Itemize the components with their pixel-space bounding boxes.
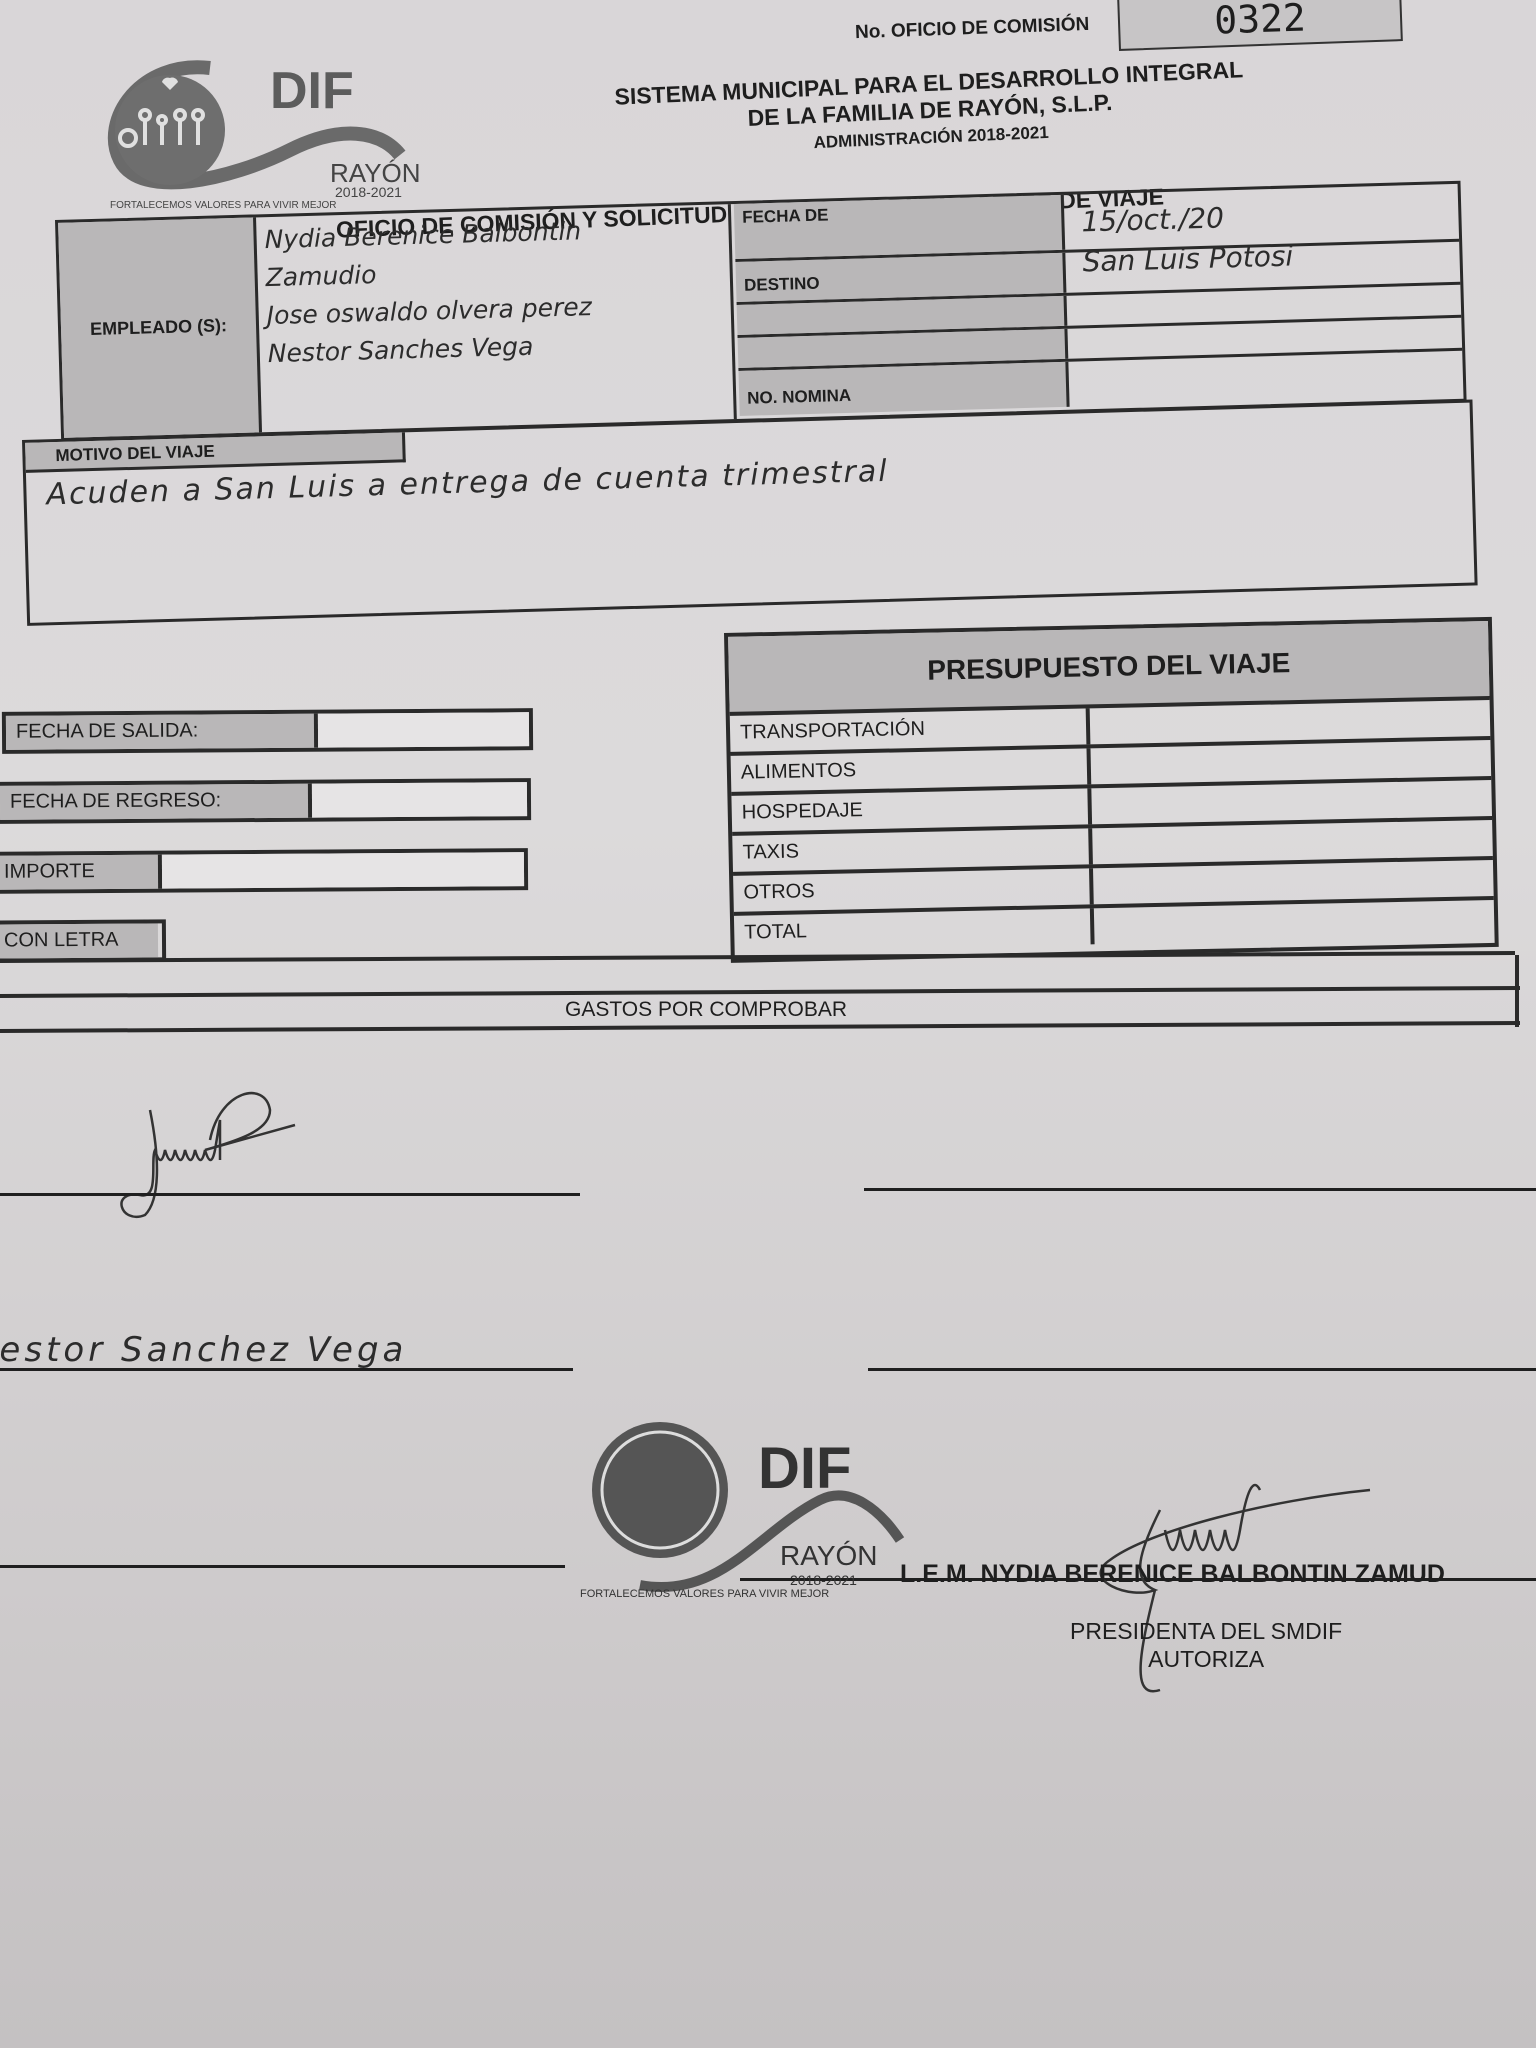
fecha-regreso-label: FECHA DE REGRESO: <box>0 784 312 820</box>
signature-line-4[interactable] <box>868 1368 1536 1371</box>
employee-label: EMPLEADO (S): <box>58 217 262 437</box>
budget-table: PRESUPUESTO DEL VIAJE TRANSPORTACIÓN ALI… <box>724 617 1499 963</box>
gastos-por-comprobar-label: GASTOS POR COMPROBAR <box>565 998 847 1022</box>
divider <box>1515 955 1519 1027</box>
nomina-label: NO. NOMINA <box>738 362 1069 416</box>
budget-label: ALIMENTOS <box>731 748 1092 792</box>
signature-line-2[interactable] <box>864 1188 1536 1191</box>
organization-title: SISTEMA MUNICIPAL PARA EL DESARROLLO INT… <box>559 54 1302 167</box>
employee-section: EMPLEADO (S): Nydia Berenice Balbontin Z… <box>55 181 1467 441</box>
divider <box>0 1021 1520 1033</box>
importe-row: IMPORTE <box>0 848 528 894</box>
budget-label: OTROS <box>733 868 1094 912</box>
stamp-city: RAYÓN <box>780 1540 878 1572</box>
oficio-number-label: No. OFICIO DE COMISIÓN <box>855 14 1090 44</box>
destino-field[interactable]: San Luis Potosi <box>1068 242 1460 293</box>
president-info: PRESIDENTA DEL SMDIF AUTORIZA <box>1070 1617 1342 1673</box>
nomina-field[interactable] <box>1071 351 1463 407</box>
logo-slogan: FORTALECEMOS VALORES PARA VIVIR MEJOR <box>110 200 337 211</box>
employee-names-field[interactable]: Nydia Berenice Balbontin Zamudio Jose os… <box>256 204 737 432</box>
dif-logo: DIF RAYÓN 2018-2021 FORTALECEMOS VALORES… <box>100 60 480 210</box>
family-heart-icon: DIF <box>100 60 480 210</box>
divider <box>0 986 1520 998</box>
stamp-years: 2018-2021 <box>790 1572 857 1588</box>
logo-years: 2018-2021 <box>335 184 402 200</box>
con-letra-label: CON LETRA <box>0 923 158 958</box>
motivo-label: MOTIVO DEL VIAJE <box>25 432 406 473</box>
signature-2-name: Nestor Sanchez Vega <box>0 1330 407 1370</box>
signature-line-3[interactable] <box>0 1368 573 1371</box>
budget-label: TOTAL <box>734 908 1095 952</box>
svg-text:DIF: DIF <box>758 1436 851 1501</box>
signature-1-icon <box>90 1060 410 1230</box>
dif-stamp-icon: DIF <box>580 1410 920 1610</box>
fecha-salida-row: FECHA DE SALIDA: <box>2 708 533 754</box>
budget-label: HOSPEDAJE <box>731 788 1092 832</box>
importe-field[interactable] <box>162 852 524 889</box>
svg-text:DIF: DIF <box>270 62 354 120</box>
fecha-label: FECHA DE <box>734 195 1065 259</box>
dif-stamp: DIF RAYÓN 2018-2021 FORTALECEMOS VALORES… <box>580 1410 920 1610</box>
motivo-section: MOTIVO DEL VIAJE Acuden a San Luis a ent… <box>22 399 1478 625</box>
oficio-number-field[interactable]: 0322 <box>1117 0 1403 51</box>
stamp-slogan: FORTALECEMOS VALORES PARA VIVIR MEJOR <box>580 1588 829 1600</box>
budget-label: TAXIS <box>732 828 1093 872</box>
president-title: PRESIDENTA DEL SMDIF <box>1070 1617 1342 1645</box>
budget-rows: TRANSPORTACIÓN ALIMENTOS HOSPEDAJE TAXIS… <box>730 700 1495 959</box>
signature-line-1[interactable] <box>0 1193 580 1196</box>
budget-label: TRANSPORTACIÓN <box>730 708 1091 752</box>
document-page: No. OFICIO DE COMISIÓN 0322 DIF RAYÓN 20… <box>0 0 1536 2048</box>
destino-label: DESTINO <box>735 253 1066 302</box>
signature-line-5[interactable] <box>0 1565 565 1568</box>
importe-label: IMPORTE <box>0 855 162 890</box>
president-role: AUTORIZA <box>1070 1645 1342 1673</box>
president-name: L.E.M. NYDIA BERENICE BALBONTIN ZAMUD <box>900 1560 1445 1589</box>
president-signature-icon <box>1070 1470 1400 1710</box>
fecha-regreso-row: FECHA DE REGRESO: <box>0 778 531 824</box>
con-letra-row: CON LETRA <box>0 919 166 962</box>
fecha-salida-label: FECHA DE SALIDA: <box>6 714 318 750</box>
travel-details: FECHA DE 15/oct./20 DESTINO San Luis Pot… <box>734 184 1464 419</box>
fecha-salida-field[interactable] <box>318 712 529 747</box>
fecha-regreso-field[interactable] <box>312 782 527 818</box>
